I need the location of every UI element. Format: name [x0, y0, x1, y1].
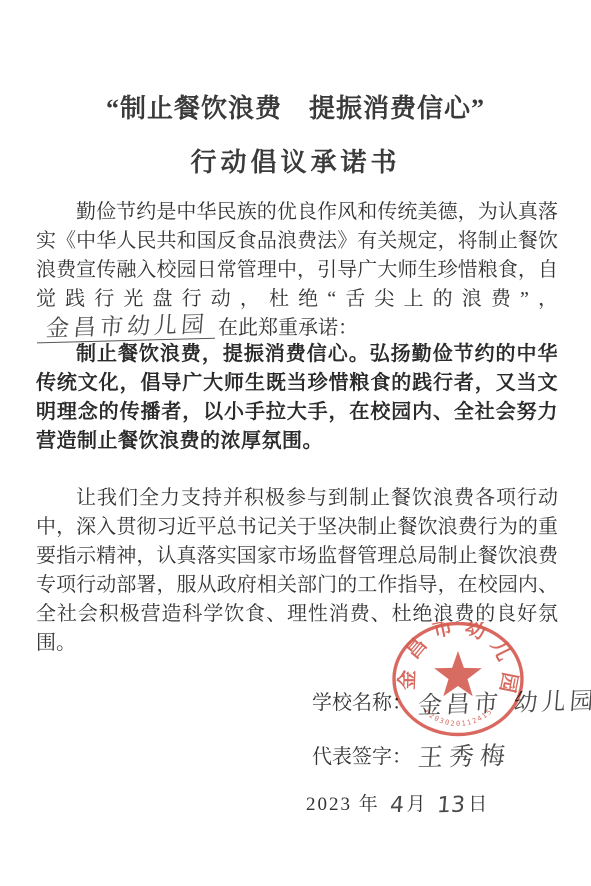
handwritten-school-name-inline: 金昌市幼儿园	[37, 312, 217, 344]
representative-signature-label: 代表签字：	[312, 746, 412, 768]
official-red-seal: 金昌市幼儿园 6203020112415	[391, 622, 525, 742]
scanned-pledge-document: “制止餐饮浪费 提振消费信心” 行动倡议承诺书 勤俭节约是中华民族的优良作风和传…	[0, 0, 591, 886]
date-line: 2023 年 4月 13日	[306, 789, 489, 817]
date-year: 2023 年	[306, 794, 380, 815]
paragraph-pledge-bold: 制止餐饮浪费，提振消费信心。弘扬勤俭节约的中华传统文化，倡导广大师生既当珍惜粮食…	[36, 340, 558, 456]
paragraph-intro-text-end: 在此郑重承诺：	[218, 317, 358, 339]
handwritten-date-month: 4	[389, 795, 405, 817]
handwritten-date-day: 13	[436, 795, 466, 818]
paragraph-intro-text-start: 勤俭节约是中华民族的优良作风和传统美德，为认真落实《中华人民共和国反食品浪费法》…	[36, 201, 558, 310]
handwritten-signature: 王秀梅	[417, 743, 512, 770]
paragraph-intro: 勤俭节约是中华民族的优良作风和传统美德，为认真落实《中华人民共和国反食品浪费法》…	[36, 198, 558, 343]
date-month-suffix: 月	[407, 794, 428, 815]
date-day-suffix: 日	[468, 794, 489, 815]
document-title-line1: “制止餐饮浪费 提振消费信心”	[0, 88, 591, 125]
document-title-line2: 行动倡议承诺书	[0, 142, 591, 179]
representative-signature-line: 代表签字：王秀梅	[312, 740, 511, 769]
seal-code-number: 6203020112415	[423, 707, 494, 728]
star-icon	[434, 651, 482, 696]
